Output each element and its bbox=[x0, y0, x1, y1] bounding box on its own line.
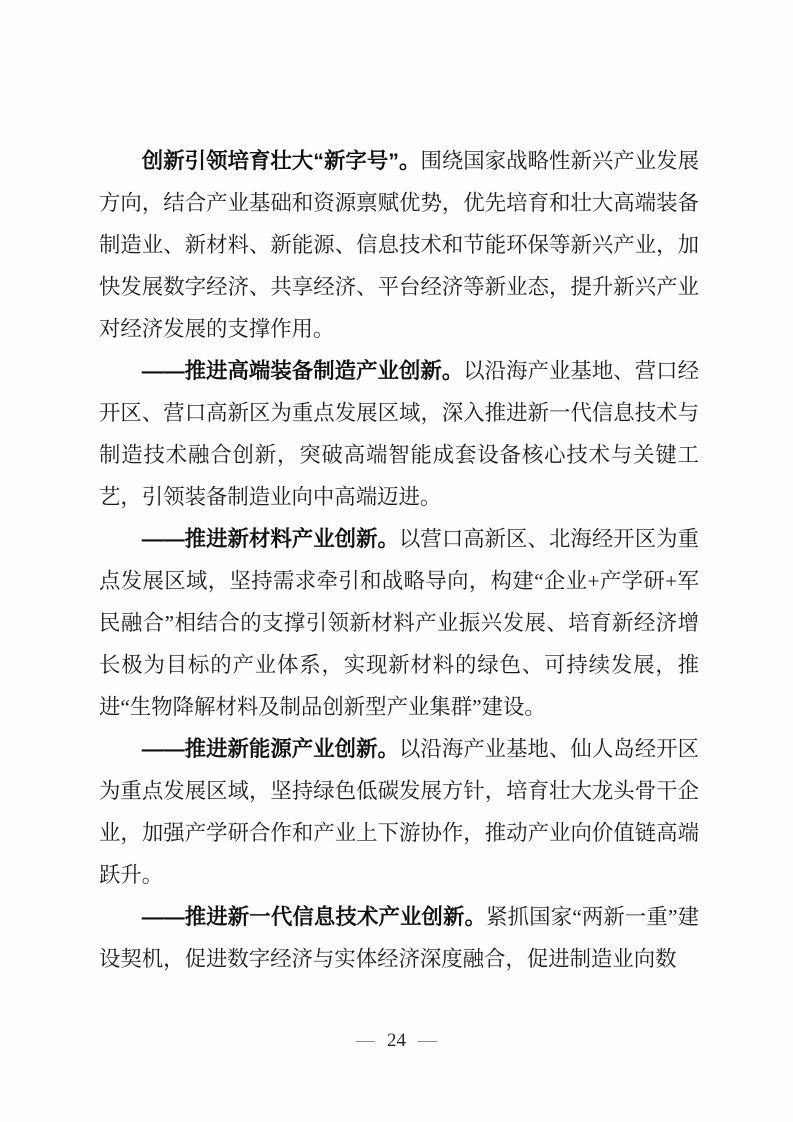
paragraph-lead: 创新引领培育壮大“新字号”。 bbox=[142, 149, 421, 173]
document-body: 创新引领培育壮大“新字号”。围绕国家战略性新兴产业发展方向，结合产业基础和资源禀… bbox=[99, 140, 699, 980]
paragraph: ——推进新一代信息技术产业创新。紧抓国家“两新一重”建设契机，促进数字经济与实体… bbox=[99, 896, 699, 980]
paragraph-lead: ——推进高端装备制造产业创新。 bbox=[142, 359, 463, 383]
document-page: 创新引领培育壮大“新字号”。围绕国家战略性新兴产业发展方向，结合产业基础和资源禀… bbox=[0, 0, 793, 1122]
paragraph-lead: ——推进新一代信息技术产业创新。 bbox=[142, 905, 486, 929]
paragraph: ——推进高端装备制造产业创新。以沿海产业基地、营口经开区、营口高新区为重点发展区… bbox=[99, 350, 699, 518]
paragraph: 创新引领培育壮大“新字号”。围绕国家战略性新兴产业发展方向，结合产业基础和资源禀… bbox=[99, 140, 699, 350]
paragraph: ——推进新能源产业创新。以沿海产业基地、仙人岛经开区为重点发展区域，坚持绿色低碳… bbox=[99, 728, 699, 896]
page-number: 24 bbox=[387, 1030, 406, 1051]
paragraph-lead: ——推进新材料产业创新。 bbox=[142, 527, 399, 551]
footer-right-dash: — bbox=[418, 1030, 437, 1051]
paragraph-body: 以营口高新区、北海经开区为重点发展区域，坚持需求牵引和战略导向，构建“企业+产学… bbox=[99, 527, 699, 719]
footer-left-dash: — bbox=[356, 1030, 375, 1051]
page-footer: —24— bbox=[0, 1026, 793, 1056]
paragraph: ——推进新材料产业创新。以营口高新区、北海经开区为重点发展区域，坚持需求牵引和战… bbox=[99, 518, 699, 728]
paragraph-lead: ——推进新能源产业创新。 bbox=[142, 737, 399, 761]
paragraph-body: 围绕国家战略性新兴产业发展方向，结合产业基础和资源禀赋优势，优先培育和壮大高端装… bbox=[99, 149, 699, 341]
